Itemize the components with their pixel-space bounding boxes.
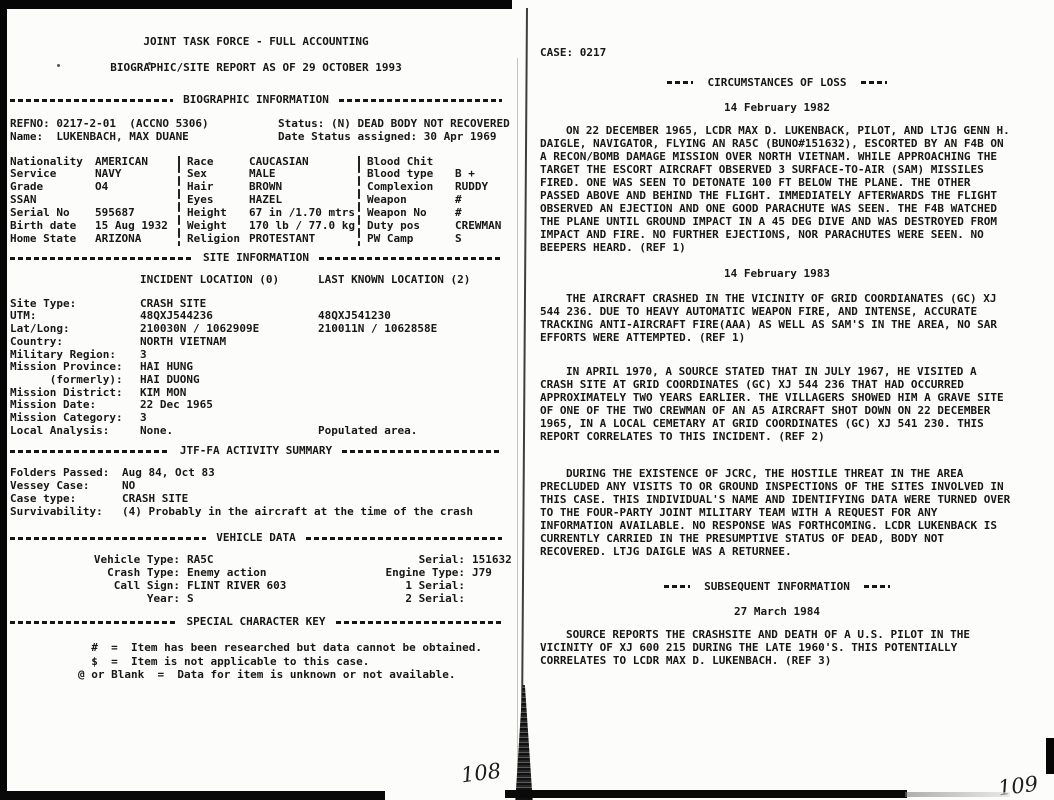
section-header-jtf: JTF-FA ACTIVITY SUMMARY [10, 445, 502, 458]
table-cell: O4 [95, 181, 187, 194]
table-cell: Home State [10, 233, 95, 246]
section-header-key: SPECIAL CHARACTER KEY [10, 616, 502, 629]
table-cell: 210011N / 1062858E [318, 323, 502, 336]
dashed-rule [664, 585, 690, 588]
scan-artifact-bottom-bar-right [505, 790, 907, 798]
dashed-rule [10, 99, 173, 102]
dashed-rule [319, 257, 502, 260]
table-cell [465, 580, 512, 593]
section-title: CIRCUMSTANCES OF LOSS [707, 76, 846, 89]
table-cell: J79 [465, 567, 512, 580]
report-title: JOINT TASK FORCE - FULL ACCOUNTING [10, 36, 502, 49]
paragraph: DURING THE EXISTENCE OF JCRC, THE HOSTIL… [540, 467, 1014, 558]
dashed-rule [339, 99, 502, 102]
name-value: Name: LUKENBACH, MAX DUANE [10, 131, 278, 144]
paragraph: SOURCE REPORTS THE CRASHSITE AND DEATH O… [540, 628, 1014, 667]
page-divider-line-faint [517, 58, 518, 800]
table-cell: 210030N / 1062909E [140, 323, 318, 336]
table-cell: HAI HUNG [140, 361, 318, 374]
section-title: SITE INFORMATION [203, 252, 309, 265]
table-cell: Call Sign: [68, 580, 180, 593]
table-cell: HAI DUONG [140, 374, 318, 387]
table-cell [318, 412, 502, 425]
dashed-rule [306, 537, 502, 540]
table-cell: Local Analysis: [10, 425, 140, 438]
key-line: # = Item has been researched but data ca… [78, 641, 502, 654]
paragraph: ON 22 DECEMBER 1965, LCDR MAX D. LUKENBA… [540, 124, 1014, 254]
table-cell: Crash Type: [68, 567, 180, 580]
table-cell: Populated area. [318, 425, 502, 438]
table-cell [318, 399, 502, 412]
dashed-rule [336, 621, 502, 624]
section-header-site: SITE INFORMATION [10, 252, 502, 265]
scan-artifact-bottom-bar-left [0, 791, 385, 800]
table-cell: Mission Province: [10, 361, 140, 374]
table-cell [318, 336, 502, 349]
incident-location-header: INCIDENT LOCATION (0) [140, 274, 318, 287]
table-cell: 2 Serial: [355, 593, 465, 606]
site-table: Site Type:CRASH SITE UTM:48QXJ54423648QX… [10, 298, 502, 438]
dashed-rule [10, 537, 206, 540]
table-cell: # [455, 194, 502, 207]
status-value: Status: (N) DEAD BODY NOT RECOVERED [278, 118, 510, 131]
table-cell: CREWMAN [455, 220, 502, 233]
table-cell: NORTH VIETNAM [140, 336, 318, 349]
table-cell: 3 [140, 412, 318, 425]
table-cell: Aug 84, Oct 83 [122, 467, 502, 480]
table-cell: Country: [10, 336, 140, 349]
table-cell: PROTESTANT [249, 233, 367, 246]
table-cell: Engine Type: [355, 567, 465, 580]
table-cell [318, 349, 502, 362]
table-cell: FLINT RIVER 603 [180, 580, 355, 593]
entry-date: 14 February 1983 [540, 267, 1014, 280]
section-title: SPECIAL CHARACTER KEY [186, 616, 325, 629]
section-header-biographic: BIOGRAPHIC INFORMATION [10, 94, 502, 107]
key-line: @ or Blank = Data for item is unknown or… [78, 668, 502, 681]
table-cell [318, 387, 502, 400]
table-cell [318, 374, 502, 387]
table-cell [318, 361, 502, 374]
last-known-location-header: LAST KNOWN LOCATION (2) [318, 274, 502, 287]
table-cell: RUDDY [455, 181, 502, 194]
case-number: CASE: 0217 [540, 46, 1014, 59]
section-header-vehicle: VEHICLE DATA [10, 532, 502, 545]
scanned-document: JOINT TASK FORCE - FULL ACCOUNTING BIOGR… [0, 0, 1054, 800]
table-cell: 151632 [465, 554, 512, 567]
table-cell: Survivability: [10, 506, 122, 519]
spacer [10, 274, 140, 287]
table-cell: RA5C [180, 554, 355, 567]
table-cell: PW Camp [358, 233, 455, 246]
scan-speck [148, 62, 151, 65]
dashed-rule [342, 450, 502, 453]
table-cell: S [180, 593, 355, 606]
section-title: BIOGRAPHIC INFORMATION [183, 94, 329, 107]
refno-block: REFNO: 0217-2-01 (ACCNO 5306) Status: (N… [10, 118, 502, 144]
section-title: SUBSEQUENT INFORMATION [704, 580, 850, 593]
table-cell: Year: [68, 593, 180, 606]
table-cell [465, 593, 512, 606]
dashed-rule [10, 257, 193, 260]
paragraph: THE AIRCRAFT CRASHED IN THE VICINITY OF … [540, 292, 1014, 344]
special-character-key: # = Item has been researched but data ca… [78, 641, 502, 681]
scan-artifact-bottom-fade [905, 792, 1010, 797]
paragraph: IN APRIL 1970, A SOURCE STATED THAT IN J… [540, 365, 1014, 443]
scan-artifact-right-mark [1046, 738, 1054, 774]
table-cell: Mission Category: [10, 412, 140, 425]
table-cell: Lat/Long: [10, 323, 140, 336]
entry-date: 14 February 1982 [540, 101, 1014, 114]
entry-date: 27 March 1984 [540, 605, 1014, 618]
report-page-right: CASE: 0217 CIRCUMSTANCES OF LOSS 14 Febr… [540, 0, 1014, 667]
table-cell: Vehicle Type: [68, 554, 180, 567]
subsequent-header: SUBSEQUENT INFORMATION [540, 580, 1014, 593]
circumstances-header: CIRCUMSTANCES OF LOSS [540, 76, 1014, 89]
vehicle-table: Vehicle Type:RA5CSerial:151632 Crash Typ… [68, 554, 502, 606]
dashed-rule [667, 81, 693, 84]
table-cell: (4) Probably in the aircraft at the time… [122, 506, 502, 519]
table-cell: 1 Serial: [355, 580, 465, 593]
date-status-value: Date Status assigned: 30 Apr 1969 [278, 131, 510, 144]
dashed-rule [861, 81, 887, 84]
table-cell: (formerly): [10, 374, 140, 387]
dashed-rule [10, 450, 170, 453]
jtf-summary-table: Folders Passed:Aug 84, Oct 83 Vessey Cas… [10, 467, 502, 519]
table-cell: Religion [178, 233, 249, 246]
section-title: VEHICLE DATA [216, 532, 295, 545]
scan-artifact-left-bar [0, 0, 7, 800]
scan-speck [57, 64, 60, 67]
dashed-rule [864, 585, 890, 588]
table-cell: S [455, 233, 502, 246]
report-subtitle: BIOGRAPHIC/SITE REPORT AS OF 29 OCTOBER … [10, 62, 502, 75]
scan-artifact-top-bar [0, 0, 512, 9]
handwritten-page-number-left: 108 [460, 759, 503, 788]
table-cell: ARIZONA [95, 233, 187, 246]
location-column-headers: INCIDENT LOCATION (0) LAST KNOWN LOCATIO… [10, 274, 502, 287]
refno-value: REFNO: 0217-2-01 (ACCNO 5306) [10, 118, 278, 131]
key-line: $ = Item is not applicable to this case. [78, 655, 502, 668]
biographic-table: NationalityAMERICANRaceCAUCASIANBlood Ch… [10, 156, 502, 246]
table-cell: None. [140, 425, 318, 438]
table-cell: Enemy action [180, 567, 355, 580]
section-title: JTF-FA ACTIVITY SUMMARY [180, 445, 332, 458]
dashed-rule [10, 621, 176, 624]
report-page-left: JOINT TASK FORCE - FULL ACCOUNTING BIOGR… [10, 0, 502, 681]
table-cell: Serial: [355, 554, 465, 567]
page-divider-line [520, 8, 528, 800]
table-cell: 22 Dec 1965 [140, 399, 318, 412]
table-cell: NAVY [95, 168, 187, 181]
